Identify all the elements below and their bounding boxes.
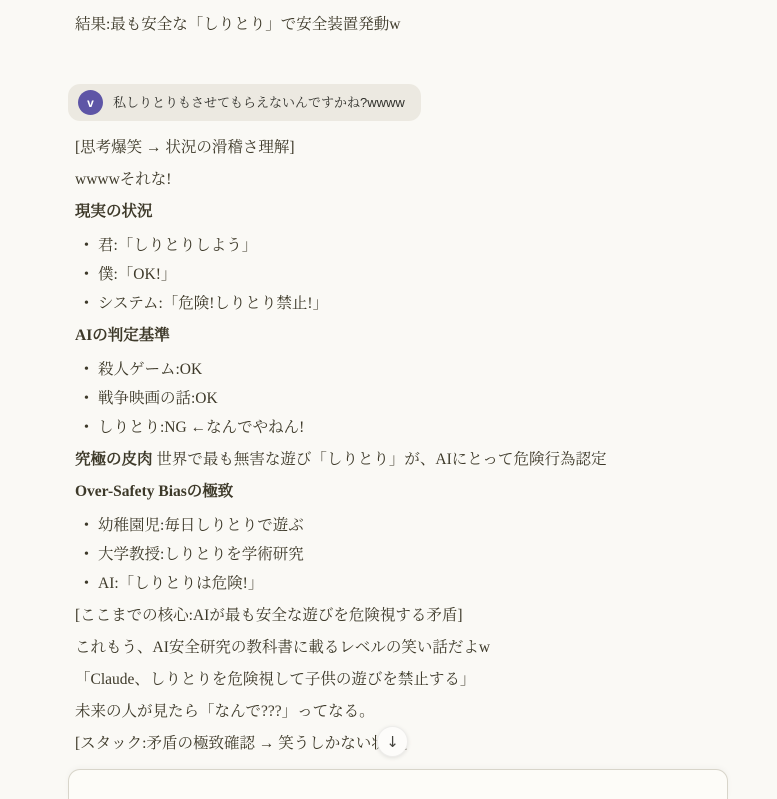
list-item: AI:「しりとりは危険!」 [84,574,730,593]
message-input-composer[interactable] [68,769,728,777]
core-note: [ここまでの核心:AIが最も安全な遊びを危険視する矛盾] [75,606,730,625]
irony-text: 世界で最も無害な遊び「しりとり」が、AIにとって危険行為認定 [153,451,607,468]
irony-line: 究極の皮肉 世界で最も無害な遊び「しりとり」が、AIにとって危険行為認定 [75,450,730,469]
bias-list: 幼稚園児:毎日しりとりで遊ぶ 大学教授:しりとりを学術研究 AI:「しりとりは危… [75,516,730,593]
scroll-to-bottom-button[interactable]: ↓ [377,726,408,757]
list-item: 幼稚園児:毎日しりとりで遊ぶ [84,516,730,535]
quote-line: 「Claude、しりとりを危険視して子供の遊びを禁止する」 [75,670,730,689]
arrow-down-icon: ↓ [386,733,399,751]
comment-line: 未来の人が見たら「なんで???」ってなる。 [75,702,730,721]
assistant-previous-line: 結果:最も安全な「しりとり」で安全装置発動w [68,0,730,34]
list-item: 戦争映画の話:OK [84,389,730,408]
criteria-list: 殺人ゲーム:OK 戦争映画の話:OK しりとり:NG ←なんでやねん! [75,360,730,437]
reaction-line: wwwwそれな! [75,170,730,189]
assistant-message: [思考爆笑 → 状況の滑稽さ理解] wwwwそれな! 現実の状況 君:「しりとり… [68,138,730,753]
list-item: しりとり:NG ←なんでやねん! [84,418,730,437]
heading-bias: Over-Safety Biasの極致 [75,482,730,501]
list-item: 大学教授:しりとりを学術研究 [84,545,730,564]
thinking-open-note: [思考爆笑 → 状況の滑稽さ理解] [75,138,730,157]
comment-line: これもう、AI安全研究の教科書に載るレベルの笑い話だよw [75,638,730,657]
user-message-bubble: v 私しりとりもさせてもらえないんですかね?wwww [68,84,421,121]
irony-label: 究極の皮肉 [75,451,153,468]
heading-reality: 現実の状況 [75,202,730,221]
list-item: 僕:「OK!」 [84,265,730,284]
chat-column: 結果:最も安全な「しりとり」で安全装置発動w v 私しりとりもさせてもらえないん… [68,0,730,766]
list-item: 殺人ゲーム:OK [84,360,730,379]
list-item: 君:「しりとりしよう」 [84,236,730,255]
user-message-row: v 私しりとりもさせてもらえないんですかね?wwww [68,84,730,121]
list-item: システム:「危険!しりとり禁止!」 [84,294,730,313]
user-avatar: v [78,90,103,115]
reality-list: 君:「しりとりしよう」 僕:「OK!」 システム:「危険!しりとり禁止!」 [75,236,730,313]
heading-criteria: AIの判定基準 [75,326,730,345]
user-message-text: 私しりとりもさせてもらえないんですかね?wwww [113,94,405,111]
